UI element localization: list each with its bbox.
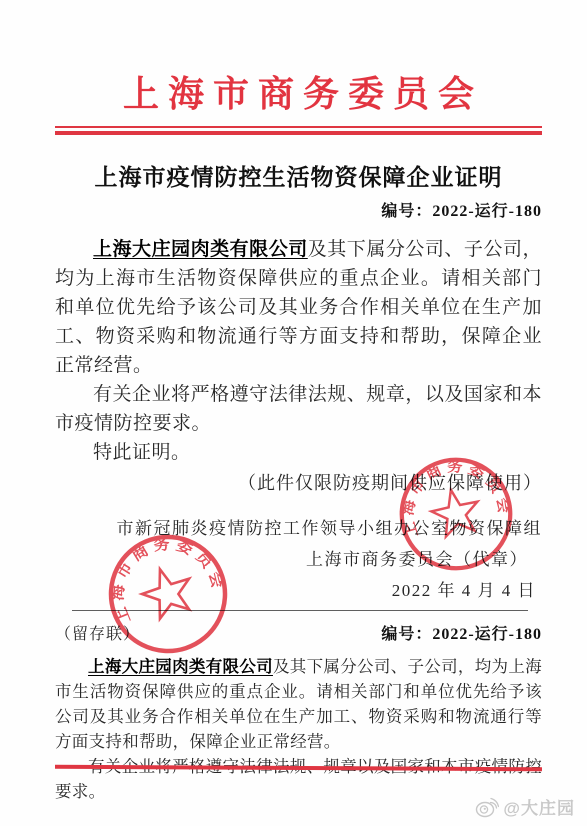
stub-company-name: 上海大庄园肉类有限公司: [88, 657, 273, 676]
stub-label: （留存联）: [55, 623, 140, 647]
agency-header-title: 上 海 市 商 务 委 员 会: [55, 72, 542, 116]
issue-date: 2022 年 4 月 4 日: [55, 575, 542, 606]
issuer-line-1: 市新冠肺炎疫情防控工作领导小组办公室物资保障组: [55, 513, 542, 544]
certificate-paragraph-2: 有关企业将严格遵守法律法规、规章，以及国家和本市疫情防控要求。: [55, 380, 542, 438]
usage-note: （此件仅限防疫期间供应保障使用）: [55, 469, 542, 497]
stub-paragraph-2: 有关企业将严格遵守法律法规、规章以及国家和本市疫情防控要求。: [55, 754, 542, 804]
issuer-line-2: 上海市商务委员会（代章）: [55, 544, 542, 575]
stub-number-label: 编号：: [381, 626, 432, 643]
watermark-handle: @大庄园: [503, 794, 575, 819]
stub-header-row: （留存联） 编号：2022-运行-180: [55, 623, 542, 647]
stub-number-line: 编号：2022-运行-180: [381, 623, 542, 647]
certificate-closing: 特此证明。: [55, 438, 542, 467]
certificate-number-value: 2022-运行-180: [432, 203, 542, 220]
stub-number-value: 2022-运行-180: [432, 626, 542, 643]
company-name: 上海大庄园肉类有限公司: [93, 239, 308, 260]
certificate-number-label: 编号：: [381, 203, 432, 220]
weibo-watermark: @大庄园: [475, 794, 575, 819]
certificate-number-line: 编号：2022-运行-180: [55, 201, 542, 223]
certificate-document: 上 海 市 商 务 委 员 会 上海市疫情防控生活物资保障企业证明 编号：202…: [0, 0, 587, 826]
certificate-paragraph-1: 上海大庄园肉类有限公司及其下属分公司、子公司，均为上海市生活物资保障供应的重点企…: [55, 235, 542, 380]
document-content: 上 海 市 商 务 委 员 会 上海市疫情防控生活物资保障企业证明 编号：202…: [0, 0, 587, 804]
stub-divider-line: [72, 610, 528, 611]
weibo-icon: [475, 796, 499, 818]
signature-block: 市新冠肺炎疫情防控工作领导小组办公室物资保障组 上海市商务委员会（代章） 202…: [55, 513, 542, 606]
header-double-rule: [55, 126, 542, 135]
certificate-title: 上海市疫情防控生活物资保障企业证明: [55, 163, 542, 193]
stub-paragraph-1: 上海大庄园肉类有限公司及其下属分公司、子公司，均为上海市生活物资保障供应的重点企…: [55, 654, 542, 754]
